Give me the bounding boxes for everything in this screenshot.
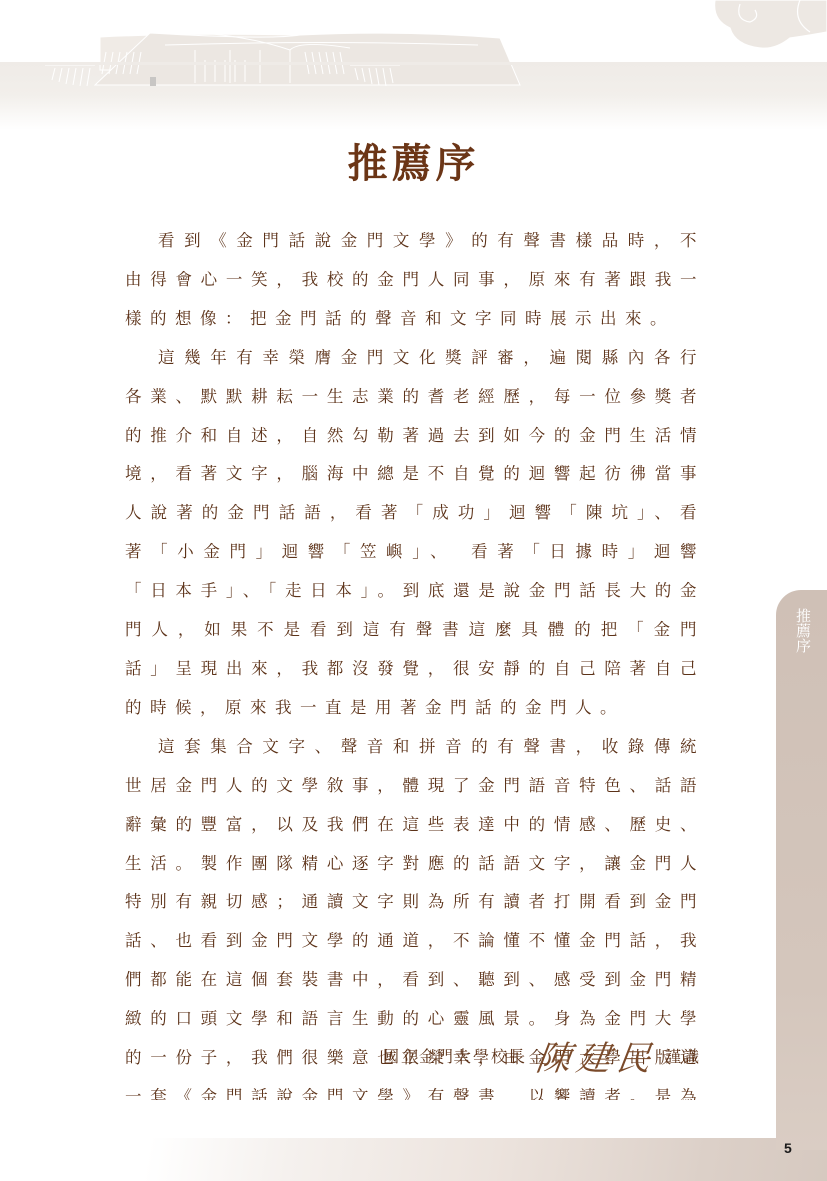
paragraph-3: 這套集合文字、聲音和拼音的有聲書，收錄傳統世居金門人的文學敘事，體現了金門語音特…	[125, 728, 705, 1156]
signature-suffix: 謹識	[665, 1044, 701, 1067]
preface-body: 看到《金門話說金門文學》的有聲書樣品時，不由得會心一笑，我校的金門人同事，原來有…	[125, 222, 705, 1156]
paragraph-1: 看到《金門話說金門文學》的有聲書樣品時，不由得會心一笑，我校的金門人同事，原來有…	[125, 222, 705, 339]
header-banner	[0, 0, 827, 130]
page-number: 5	[784, 1140, 792, 1156]
paragraph-2: 這幾年有幸榮膺金門文化獎評審，遍閱縣內各行各業、默默耕耘一生志業的耆老經歷，每一…	[125, 339, 705, 728]
temple-roof-illustration	[0, 0, 827, 130]
side-tab-label: 推薦序	[792, 608, 812, 653]
signature-line: 國立金門大學校長 陳建民 謹識	[383, 1030, 701, 1080]
page-title: 推薦序	[0, 132, 827, 189]
page-body-corner	[0, 1100, 776, 1138]
signature-calligraphy: 陳建民	[534, 1031, 661, 1080]
signature-title: 國立金門大學校長	[383, 1044, 527, 1067]
decorative-square	[150, 77, 156, 86]
chapter-side-tab[interactable]	[776, 590, 827, 1150]
footer-band	[0, 1138, 827, 1181]
